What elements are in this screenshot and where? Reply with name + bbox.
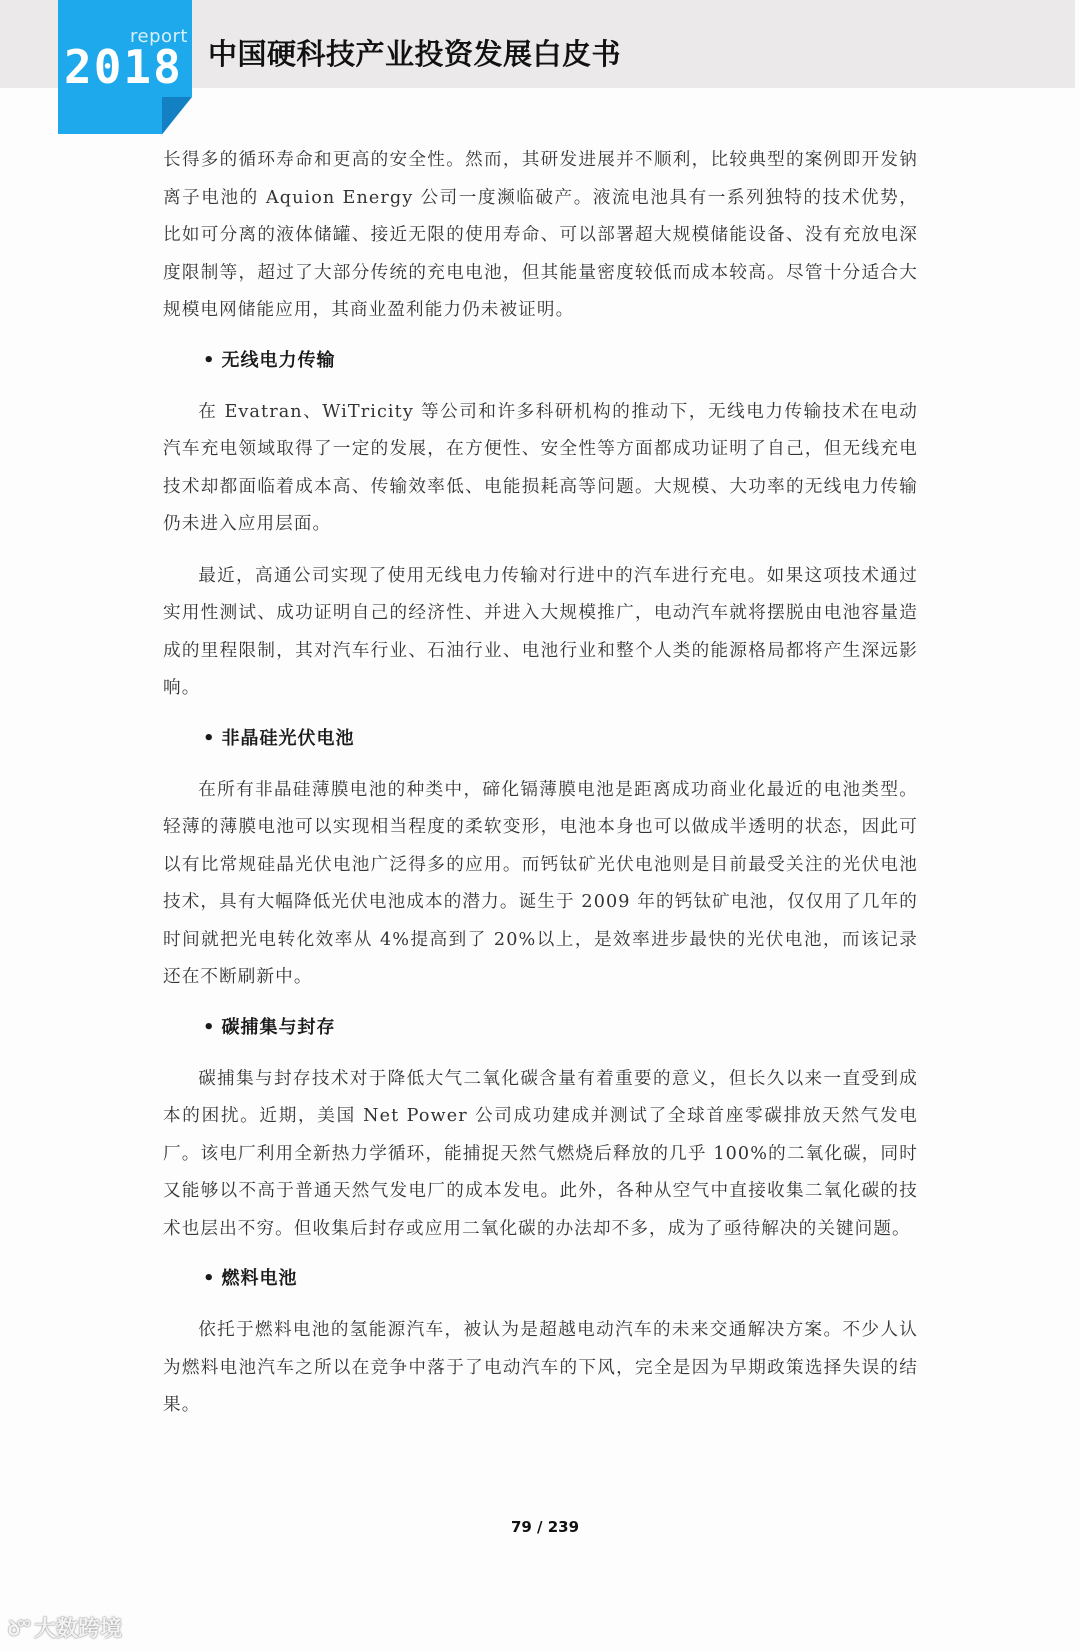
page-number: 79 / 239 xyxy=(5,1518,1080,1536)
watermark: ꝺ°° 大数跨境 xyxy=(8,1612,122,1643)
watermark-logo-icon: ꝺ°° xyxy=(8,1614,28,1641)
logo-folded-corner-icon xyxy=(162,97,192,134)
watermark-text: 大数跨境 xyxy=(34,1612,122,1643)
heading-text: 碳捕集与封存 xyxy=(222,1017,336,1038)
section-heading-carbon-capture: •碳捕集与封存 xyxy=(203,1011,918,1045)
section-heading-fuel-cell: •燃料电池 xyxy=(203,1262,918,1296)
section-heading-wireless-power: •无线电力传输 xyxy=(203,344,918,378)
bullet-icon: • xyxy=(203,1268,216,1289)
heading-text: 无线电力传输 xyxy=(222,350,336,371)
document-title: 中国硬科技产业投资发展白皮书 xyxy=(208,32,621,73)
paragraph: 长得多的循环寿命和更高的安全性。然而，其研发进展并不顺利，比较典型的案例即开发钠… xyxy=(163,142,918,330)
heading-text: 非晶硅光伏电池 xyxy=(222,728,355,749)
bullet-icon: • xyxy=(203,350,216,371)
paragraph: 在 Evatran、WiTricity 等公司和许多科研机构的推动下，无线电力传… xyxy=(163,394,918,544)
section-heading-amorphous-silicon-pv: •非晶硅光伏电池 xyxy=(203,722,918,756)
paragraph: 依托于燃料电池的氢能源汽车，被认为是超越电动汽车的未来交通解决方案。不少人认为燃… xyxy=(163,1312,918,1425)
heading-text: 燃料电池 xyxy=(222,1268,298,1289)
paragraph: 最近，高通公司实现了使用无线电力传输对行进中的汽车进行充电。如果这项技术通过实用… xyxy=(163,558,918,708)
paragraph: 碳捕集与封存技术对于降低大气二氧化碳含量有着重要的意义，但长久以来一直受到成本的… xyxy=(163,1061,918,1249)
bullet-icon: • xyxy=(203,728,216,749)
paragraph: 在所有非晶硅薄膜电池的种类中，碲化镉薄膜电池是距离成功商业化最近的电池类型。轻薄… xyxy=(163,772,918,997)
logo-year: 2018 xyxy=(64,44,192,90)
page-body: 长得多的循环寿命和更高的安全性。然而，其研发进展并不顺利，比较典型的案例即开发钠… xyxy=(163,142,918,1439)
bullet-icon: • xyxy=(203,1017,216,1038)
